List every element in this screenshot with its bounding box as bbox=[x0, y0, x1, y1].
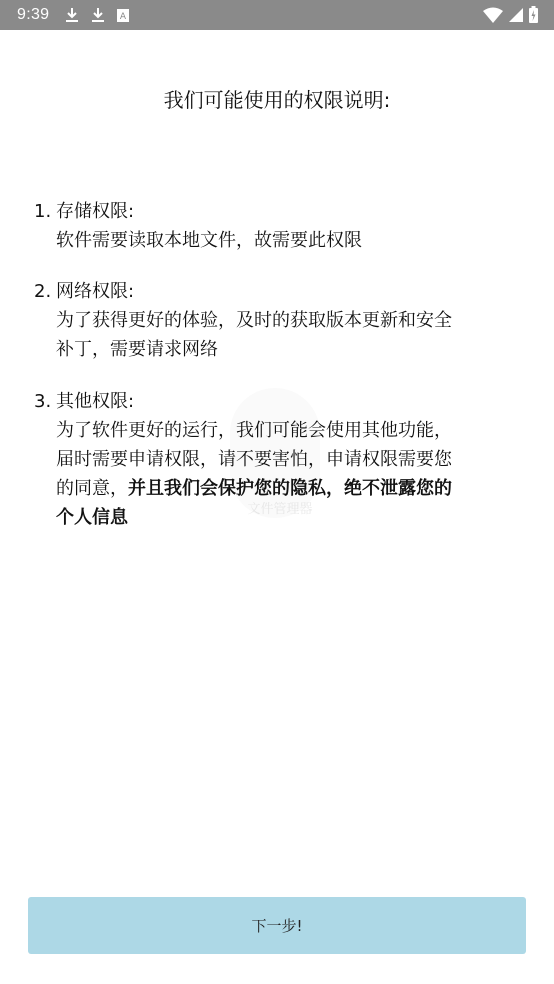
section-body-line: 为了获得更好的体验，及时的获取版本更新和安全 bbox=[56, 306, 504, 335]
font-icon: A bbox=[117, 9, 129, 22]
section-body-line: 为了软件更好的运行，我们可能会使用其他功能， bbox=[56, 416, 504, 445]
section-title: 其他权限: bbox=[56, 387, 134, 416]
page-title: 我们可能使用的权限说明: bbox=[0, 84, 554, 113]
section-title: 网络权限: bbox=[56, 277, 134, 306]
section-heading: 2. 网络权限: bbox=[34, 277, 504, 306]
svg-text:A: A bbox=[120, 12, 127, 22]
permission-section-storage: 1. 存储权限: 软件需要读取本地文件，故需要此权限 bbox=[34, 197, 504, 255]
section-heading: 3. 其他权限: bbox=[34, 387, 504, 416]
download-icon bbox=[91, 7, 105, 23]
battery-charging-icon bbox=[529, 6, 538, 23]
privacy-promise-text: 并且我们会保护您的隐私，绝不泄露您的 bbox=[128, 478, 452, 499]
wifi-icon bbox=[483, 7, 503, 23]
section-number: 3. bbox=[34, 387, 56, 416]
section-body-line: 届时需要申请权限，请不要害怕，申请权限需要您 bbox=[56, 445, 504, 474]
section-body-line: 的同意，并且我们会保护您的隐私，绝不泄露您的 bbox=[56, 474, 504, 503]
permission-section-other: 3. 其他权限: 为了软件更好的运行，我们可能会使用其他功能， 届时需要申请权限… bbox=[34, 387, 504, 532]
cellular-signal-icon bbox=[509, 8, 523, 22]
section-body-line: 补丁，需要请求网络 bbox=[56, 335, 504, 364]
download-icon bbox=[65, 7, 79, 23]
privacy-promise-text-cont: 个人信息 bbox=[56, 503, 504, 532]
permission-section-network: 2. 网络权限: 为了获得更好的体验，及时的获取版本更新和安全 补丁，需要请求网… bbox=[34, 277, 504, 364]
section-number: 2. bbox=[34, 277, 56, 306]
section-title: 存储权限: bbox=[56, 197, 134, 226]
section-number: 1. bbox=[34, 197, 56, 226]
status-time: 9:39 bbox=[17, 6, 49, 24]
consent-text: 的同意， bbox=[56, 478, 128, 499]
section-heading: 1. 存储权限: bbox=[34, 197, 504, 226]
status-bar: 9:39 A bbox=[0, 0, 554, 30]
system-icons bbox=[483, 6, 538, 23]
section-body: 软件需要读取本地文件，故需要此权限 bbox=[56, 226, 504, 255]
notification-icons: A bbox=[65, 7, 129, 23]
next-step-button[interactable]: 下一步! bbox=[28, 897, 526, 954]
